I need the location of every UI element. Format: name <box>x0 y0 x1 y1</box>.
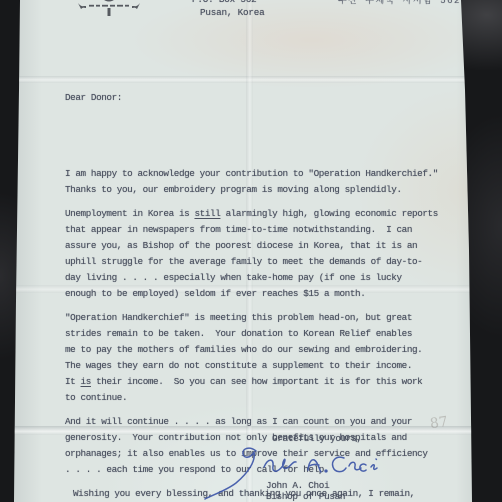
valediction: Gratefully yours, <box>272 433 362 444</box>
letter-line: The wages they earn do not constitute a … <box>65 358 457 374</box>
photo-of-letter: { "colors": { "backdrop": "#17181a", "pa… <box>0 0 502 502</box>
letter-line: It is their income. So you can see how i… <box>65 374 457 390</box>
letter-line: to continue. <box>65 390 457 406</box>
paragraph: I am happy to acknowledge your contribut… <box>65 166 457 198</box>
letterhead-po-box: P.O. Box 562 <box>192 0 257 5</box>
letter-line: day living . . . . especially when take-… <box>65 270 457 286</box>
paragraph: Unemployment in Korea is still alarmingl… <box>65 206 457 302</box>
letter-line: Unemployment in Korea is still alarmingl… <box>65 206 457 222</box>
letter-paper: P.O. Box 562 Pusan, Korea 부산 우체국 사서함 562… <box>0 0 502 502</box>
letter-line: enough to be employed) seldom if ever re… <box>65 286 457 302</box>
letter-line: uphill struggle for the average family t… <box>65 254 457 270</box>
letterhead-city: Pusan, Korea <box>200 7 265 18</box>
letter-line: that appear in newspapers from time-to-t… <box>65 222 457 238</box>
letter-line: strides remain to be taken. Your donatio… <box>65 326 457 342</box>
bishop-crest-icon <box>76 0 142 18</box>
letter-line: I am happy to acknowledge your contribut… <box>65 166 457 182</box>
letter-line: me to pay the mothers of families who do… <box>65 342 457 358</box>
letterhead-korean-address: 부산 우체국 사서함 562 <box>338 0 461 6</box>
pencil-annotation: 87 <box>429 414 449 432</box>
typed-signature-name: John A. Choi <box>266 480 329 491</box>
letter-line: And it will continue . . . . as long as … <box>65 414 457 430</box>
letter-body: Dear Donor: I am happy to acknowledge yo… <box>65 58 457 502</box>
paragraph: "Operation Handkerchief" is meeting this… <box>65 310 457 406</box>
typed-signature-title: Bishop of Pusan <box>266 491 345 502</box>
letter-line: assure you, as Bishop of the poorest dio… <box>65 238 457 254</box>
letter-line: Thanks to you, our embroidery program is… <box>65 182 457 198</box>
salutation: Dear Donor: <box>65 90 457 106</box>
letter-line: "Operation Handkerchief" is meeting this… <box>65 310 457 326</box>
